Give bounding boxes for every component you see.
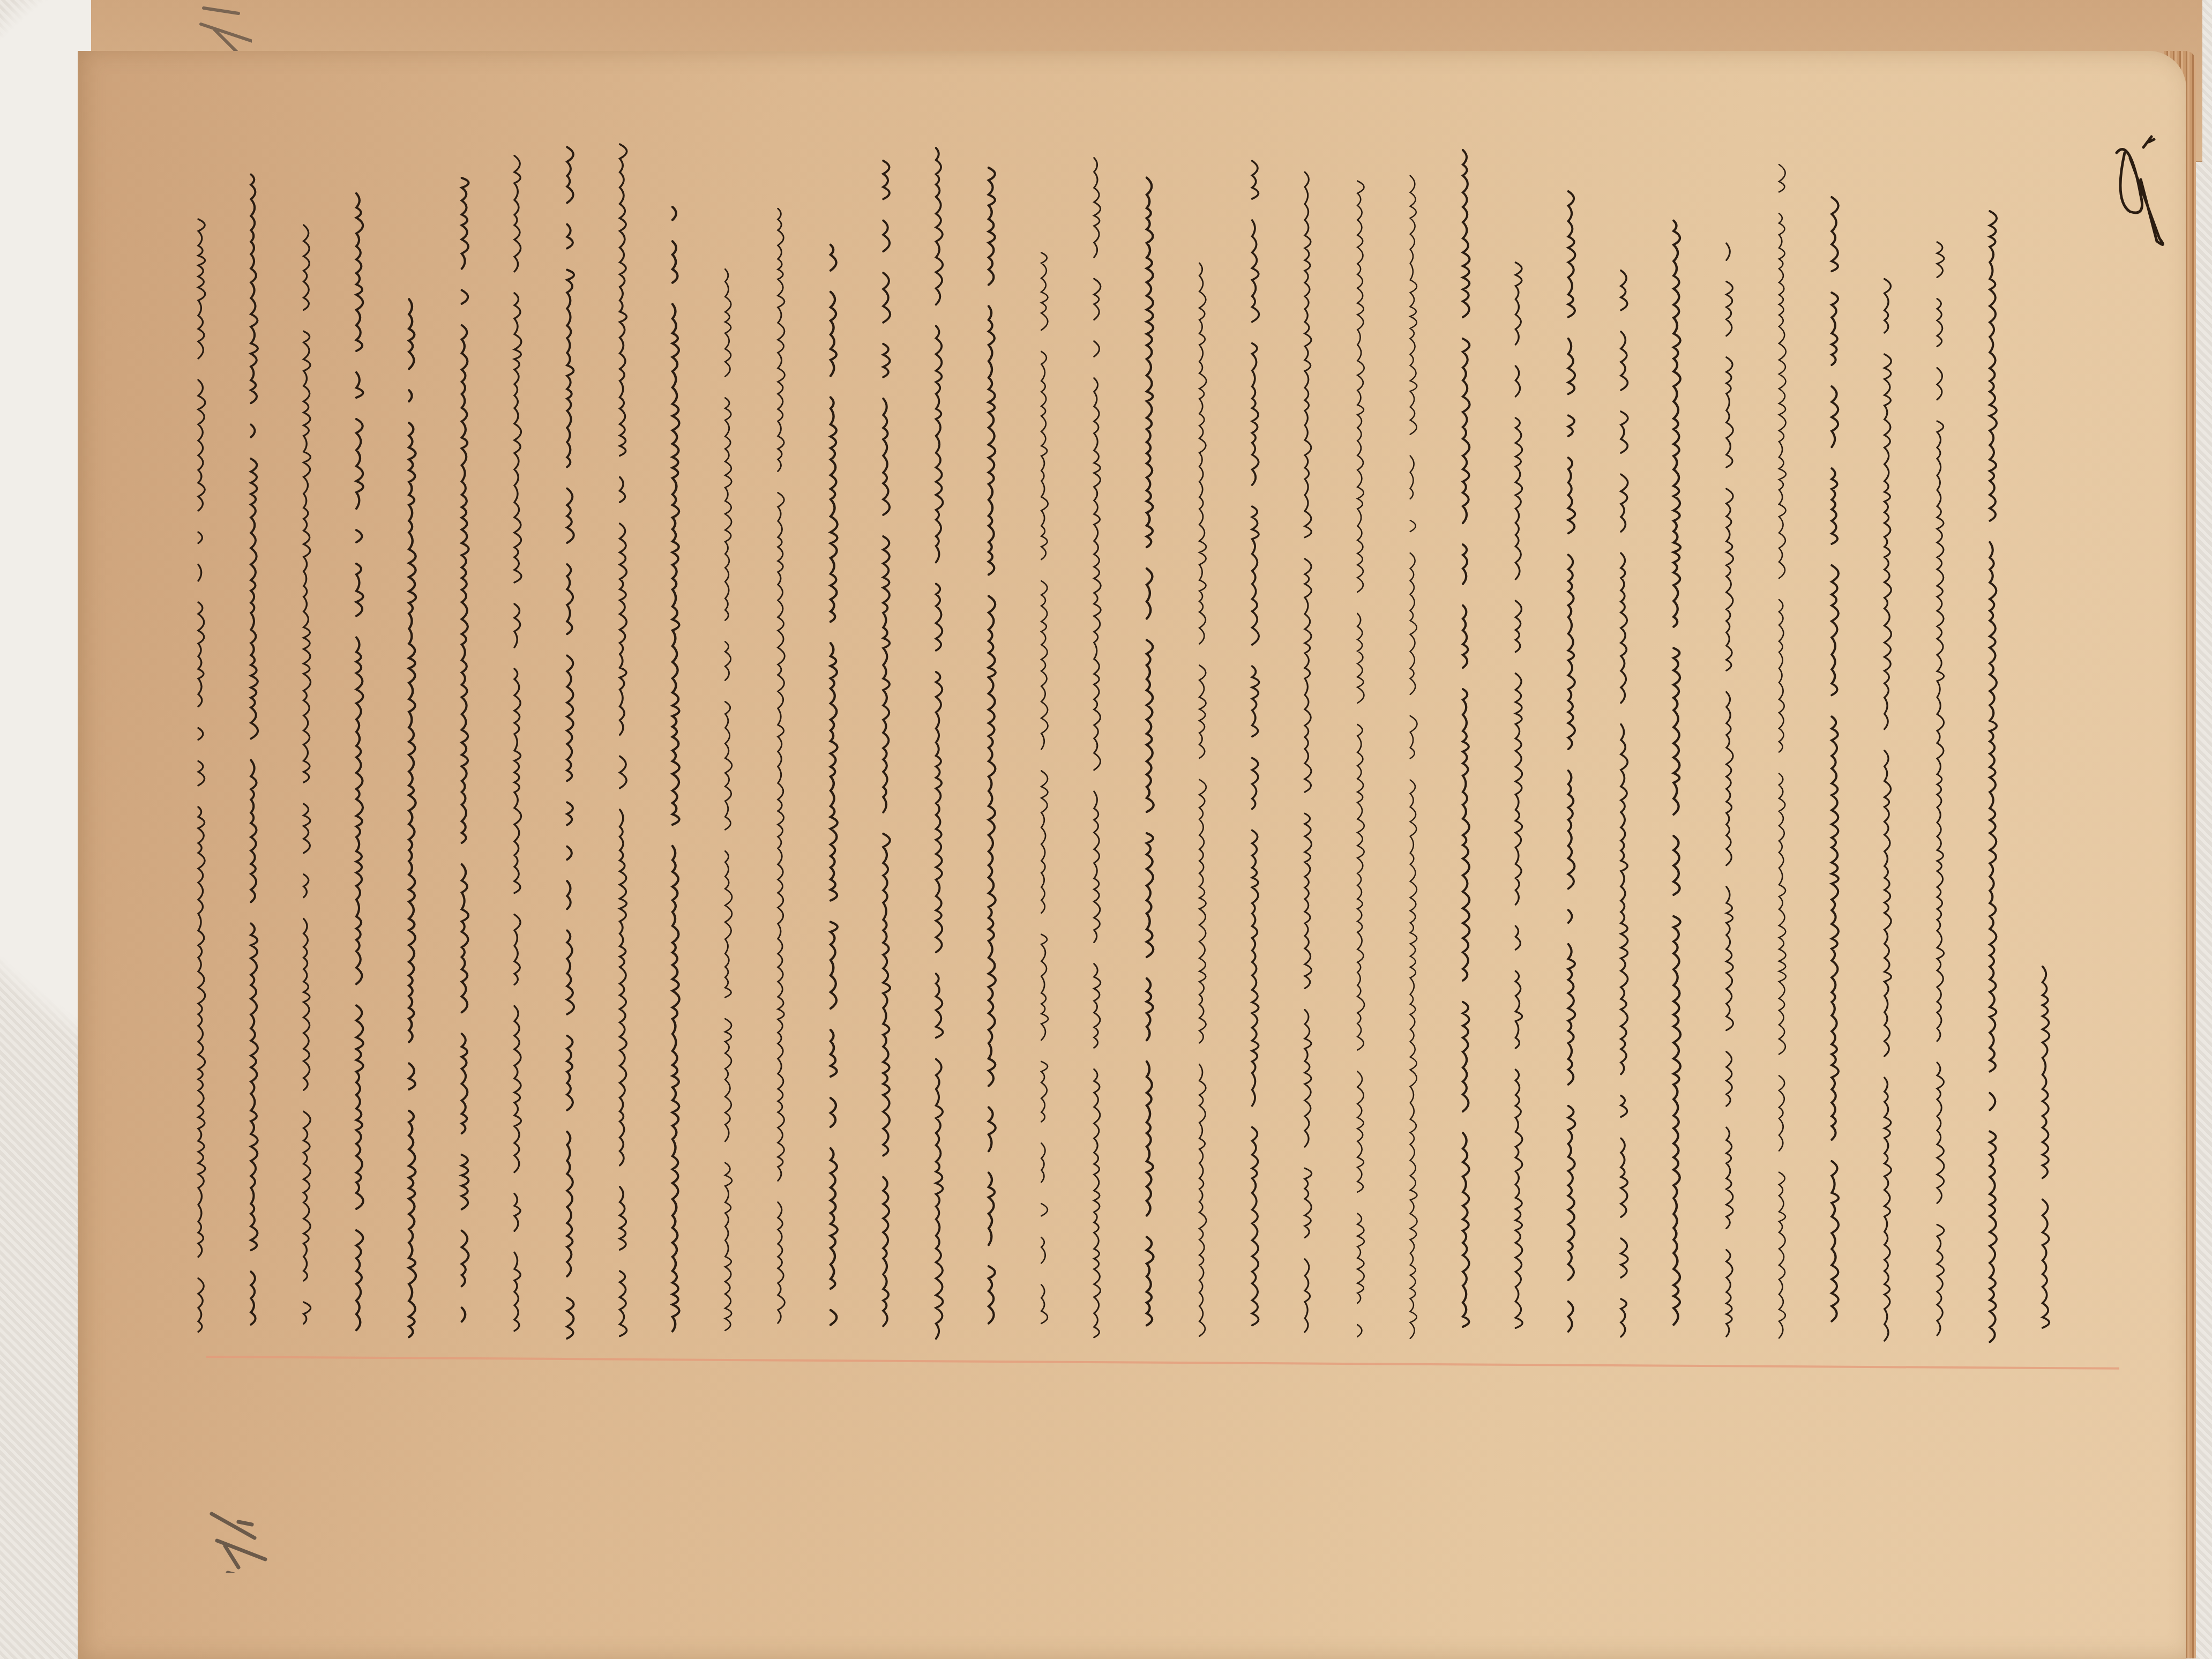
pencil-mark	[188, 5, 252, 54]
handwritten-line	[1305, 172, 1312, 1332]
handwritten-line	[672, 207, 679, 1331]
handwritten-line	[514, 156, 521, 1331]
handwritten-line	[1515, 263, 1522, 1328]
handwritten-line	[1990, 190, 1997, 1342]
red-margin-rule	[206, 1356, 2119, 1370]
handwritten-line	[1727, 222, 1733, 1336]
handwritten-line	[198, 219, 205, 1332]
handwritten-line	[778, 208, 785, 1323]
handwritten-line	[725, 269, 732, 1331]
handwritten-line	[304, 225, 311, 1324]
handwritten-line	[1252, 139, 1259, 1325]
handwritten-line	[1885, 257, 1892, 1341]
handwriting-lines	[177, 126, 2117, 1353]
handwritten-line	[1568, 191, 1575, 1332]
handwritten-line	[1410, 154, 1417, 1339]
handwritten-line	[1357, 181, 1364, 1337]
handwritten-line	[1621, 271, 1628, 1337]
handwritten-line	[936, 148, 943, 1339]
handwritten-line	[1199, 263, 1206, 1336]
handwritten-line	[1832, 176, 1839, 1321]
handwritten-line	[356, 172, 363, 1330]
handwritten-line	[409, 278, 416, 1337]
handwritten-line	[2043, 967, 2050, 1328]
handwritten-line	[883, 161, 890, 1326]
signature-flourish	[2109, 115, 2173, 249]
handwritten-line	[620, 144, 627, 1336]
page-number-116	[201, 1508, 281, 1573]
handwritten-line	[1779, 165, 1786, 1338]
handwritten-line	[1041, 252, 1048, 1323]
handwritten-line	[989, 168, 996, 1324]
handwritten-line	[1147, 178, 1154, 1326]
handwritten-line	[251, 153, 258, 1324]
handwritten-line	[1673, 221, 1680, 1325]
handwritten-line	[831, 223, 838, 1325]
handwritten-line	[1937, 242, 1944, 1335]
handwritten-line	[1463, 150, 1470, 1327]
handwritten-text-block	[177, 126, 2117, 1353]
handwritten-line	[462, 156, 469, 1321]
handwritten-line	[567, 126, 574, 1339]
handwritten-line	[1094, 158, 1101, 1337]
manuscript-page: 116	[78, 51, 2186, 1659]
